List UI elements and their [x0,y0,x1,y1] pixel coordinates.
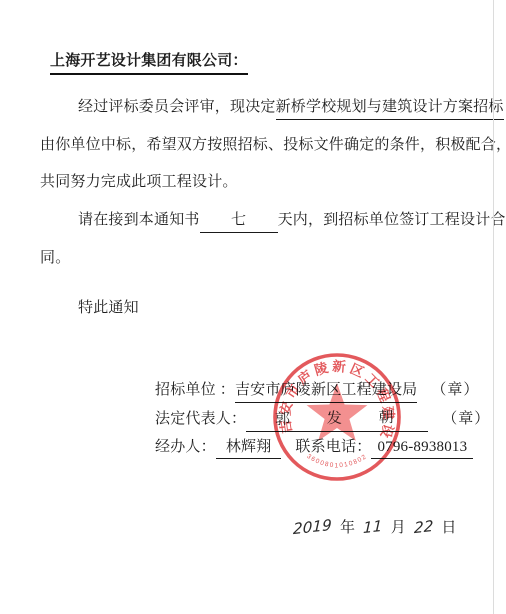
seal-code-text: 3600801010802 [305,453,368,469]
project-name-underlined: 新桥学校规划与建筑设计方案招标 [276,96,504,120]
month-unit: 月 [391,520,406,536]
tender-unit-seal-mark: （章） [431,382,479,398]
official-red-seal: 吉安市庐陵新区工程建设局 3600801010802 [269,349,405,485]
closing-line: 特此通知 [78,297,139,319]
paragraph2-pre-text: 请在接到本通知书 [78,212,200,228]
legal-rep-label: 法定代表人： [155,411,246,427]
paragraph1-line1: 经过评标委员会评审，现决定新桥学校规划与建筑设计方案招标 [78,96,504,120]
day-unit: 日 [441,520,456,536]
legal-rep-seal-mark: （章） [442,411,490,427]
seal-star-icon [307,383,368,441]
paragraph2-post-text: 天内，到招标单位签订工程设计合 [278,212,506,228]
paragraph1-line3-text: 共同努力完成此项工程设计。 [40,174,238,190]
tender-unit-label: 招标单位 ： [155,382,235,398]
svg-text:3600801010802: 3600801010802 [305,453,368,469]
handwritten-month: 11 [363,515,383,539]
paragraph1-line3: 共同努力完成此项工程设计。 [40,171,238,193]
scan-page-edge [493,0,494,614]
paragraph1-line2-text: 由你单位中标，希望双方按照招标、投标文件确定的条件，积极配合， [40,137,506,153]
paragraph1-line2: 由你单位中标，希望双方按照招标、投标文件确定的条件，积极配合， [40,134,506,156]
year-unit: 年 [340,520,355,536]
days-blank-value: 七 [200,209,278,233]
date-line: 2019年11月22日 [288,516,460,539]
handwritten-year: 2019 [293,514,333,540]
handwritten-day: 22 [414,515,434,539]
recipient-company-name: 上海开艺设计集团有限公司： [50,50,248,75]
paragraph2-line2: 同。 [40,247,70,269]
closing-text: 特此通知 [78,300,139,316]
recipient-line: 上海开艺设计集团有限公司： [50,50,248,75]
paragraph2-line1: 请在接到本通知书七天内，到招标单位签订工程设计合 [78,209,506,233]
bid-award-notice-document: 上海开艺设计集团有限公司： 经过评标委员会评审，现决定新桥学校规划与建筑设计方案… [0,0,506,614]
paragraph2-line2-text: 同。 [40,250,70,266]
agent-label: 经办人： [155,439,216,455]
paragraph1-text: 经过评标委员会评审，现决定 [78,99,276,115]
